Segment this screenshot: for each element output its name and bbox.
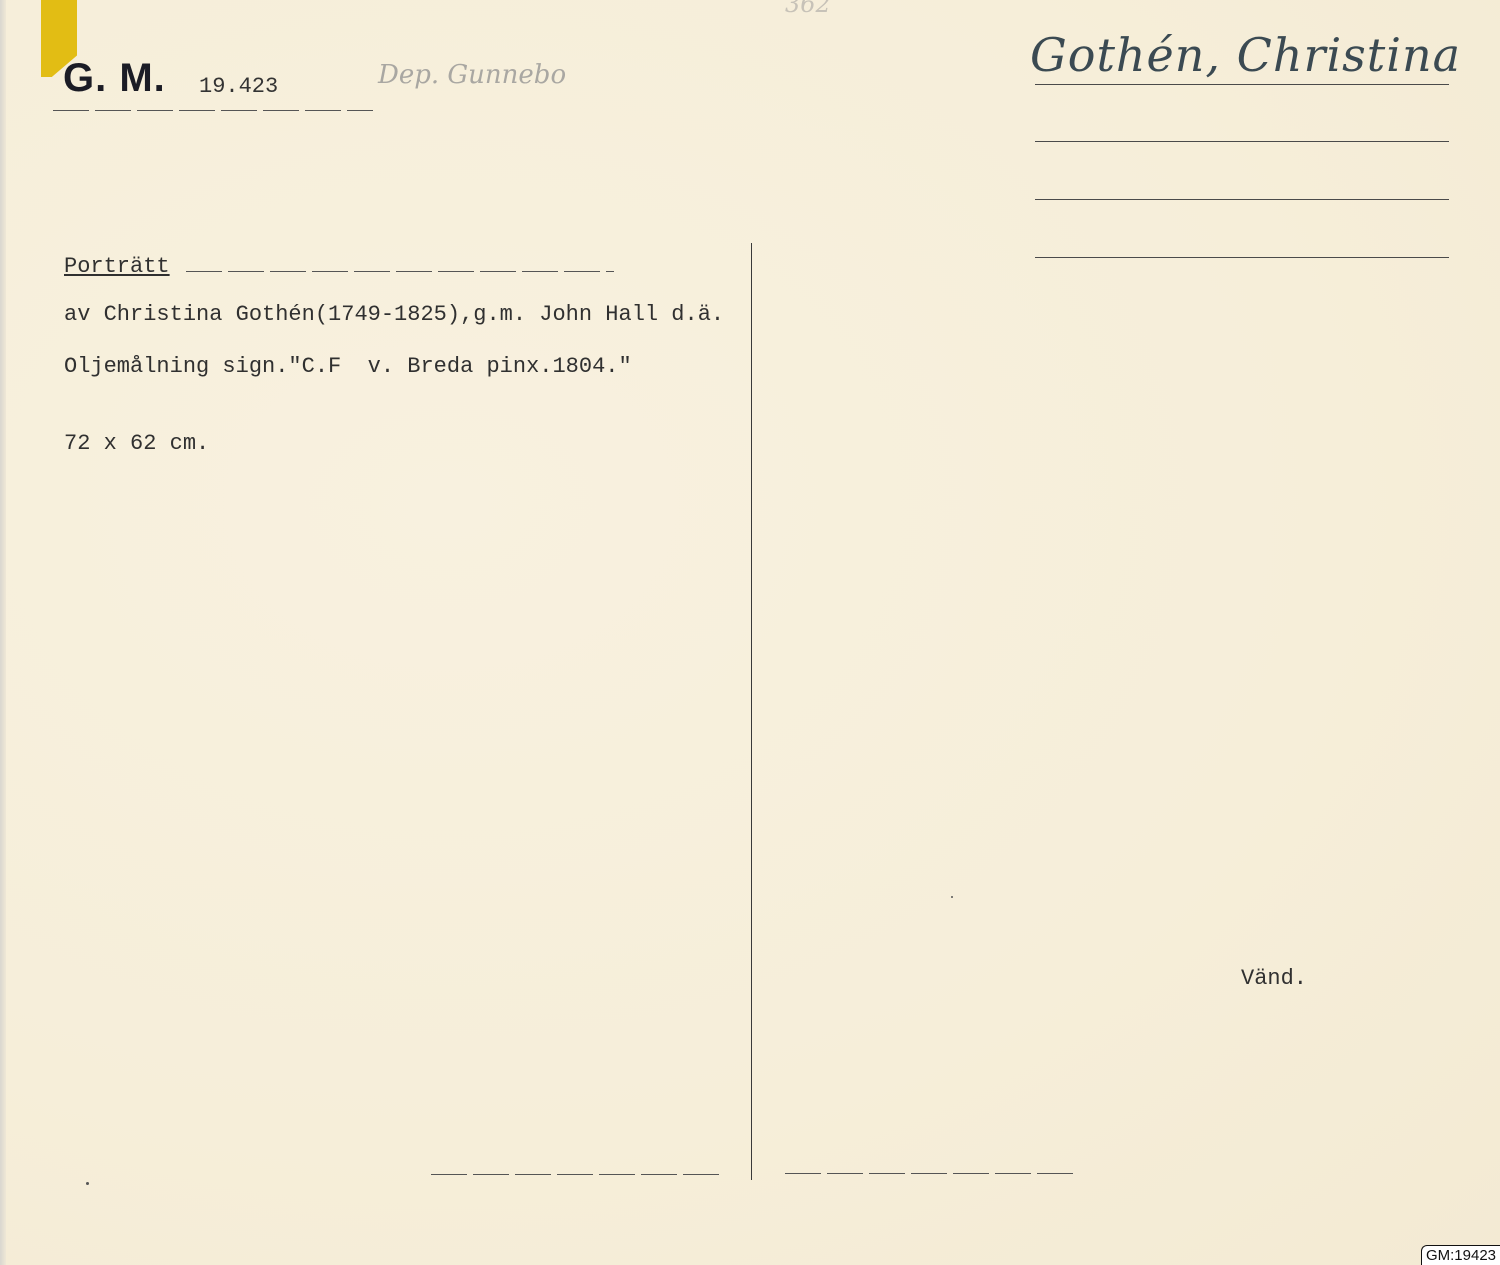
- inventory-number: 19.423: [199, 74, 278, 99]
- column-divider: [751, 243, 752, 1180]
- ink-speck: [86, 1182, 89, 1185]
- name-line-1: [1035, 84, 1449, 85]
- bottom-line-left: [431, 1174, 725, 1175]
- ink-speck: [951, 896, 953, 898]
- turn-over-note: Vänd.: [1241, 966, 1307, 991]
- dimensions: 72 x 62 cm.: [64, 431, 209, 456]
- catalog-stamp: GM:19423: [1421, 1245, 1500, 1265]
- scan-edge: [0, 0, 6, 1265]
- deposit-note: Dep. Gunnebo: [378, 60, 566, 90]
- top-pencil-number: 362: [785, 0, 831, 18]
- museum-logo: G. M.: [63, 56, 166, 101]
- description-line-2: Oljemålning sign."C.F v. Breda pinx.1804…: [64, 354, 632, 379]
- name-line-3: [1035, 199, 1449, 200]
- title-line: [186, 271, 614, 272]
- catalog-card: G. M. 19.423 Dep. Gunnebo 362 Gothén, Ch…: [0, 0, 1500, 1265]
- card-title: Porträtt: [64, 254, 170, 279]
- bottom-line-right: [785, 1173, 1077, 1174]
- description-line-1: av Christina Gothén(1749-1825),g.m. John…: [64, 302, 724, 327]
- name-line-2: [1035, 141, 1449, 142]
- name-line-4: [1035, 257, 1449, 258]
- handwritten-name: Gothén, Christina: [1030, 28, 1461, 82]
- header-underline: [53, 110, 373, 111]
